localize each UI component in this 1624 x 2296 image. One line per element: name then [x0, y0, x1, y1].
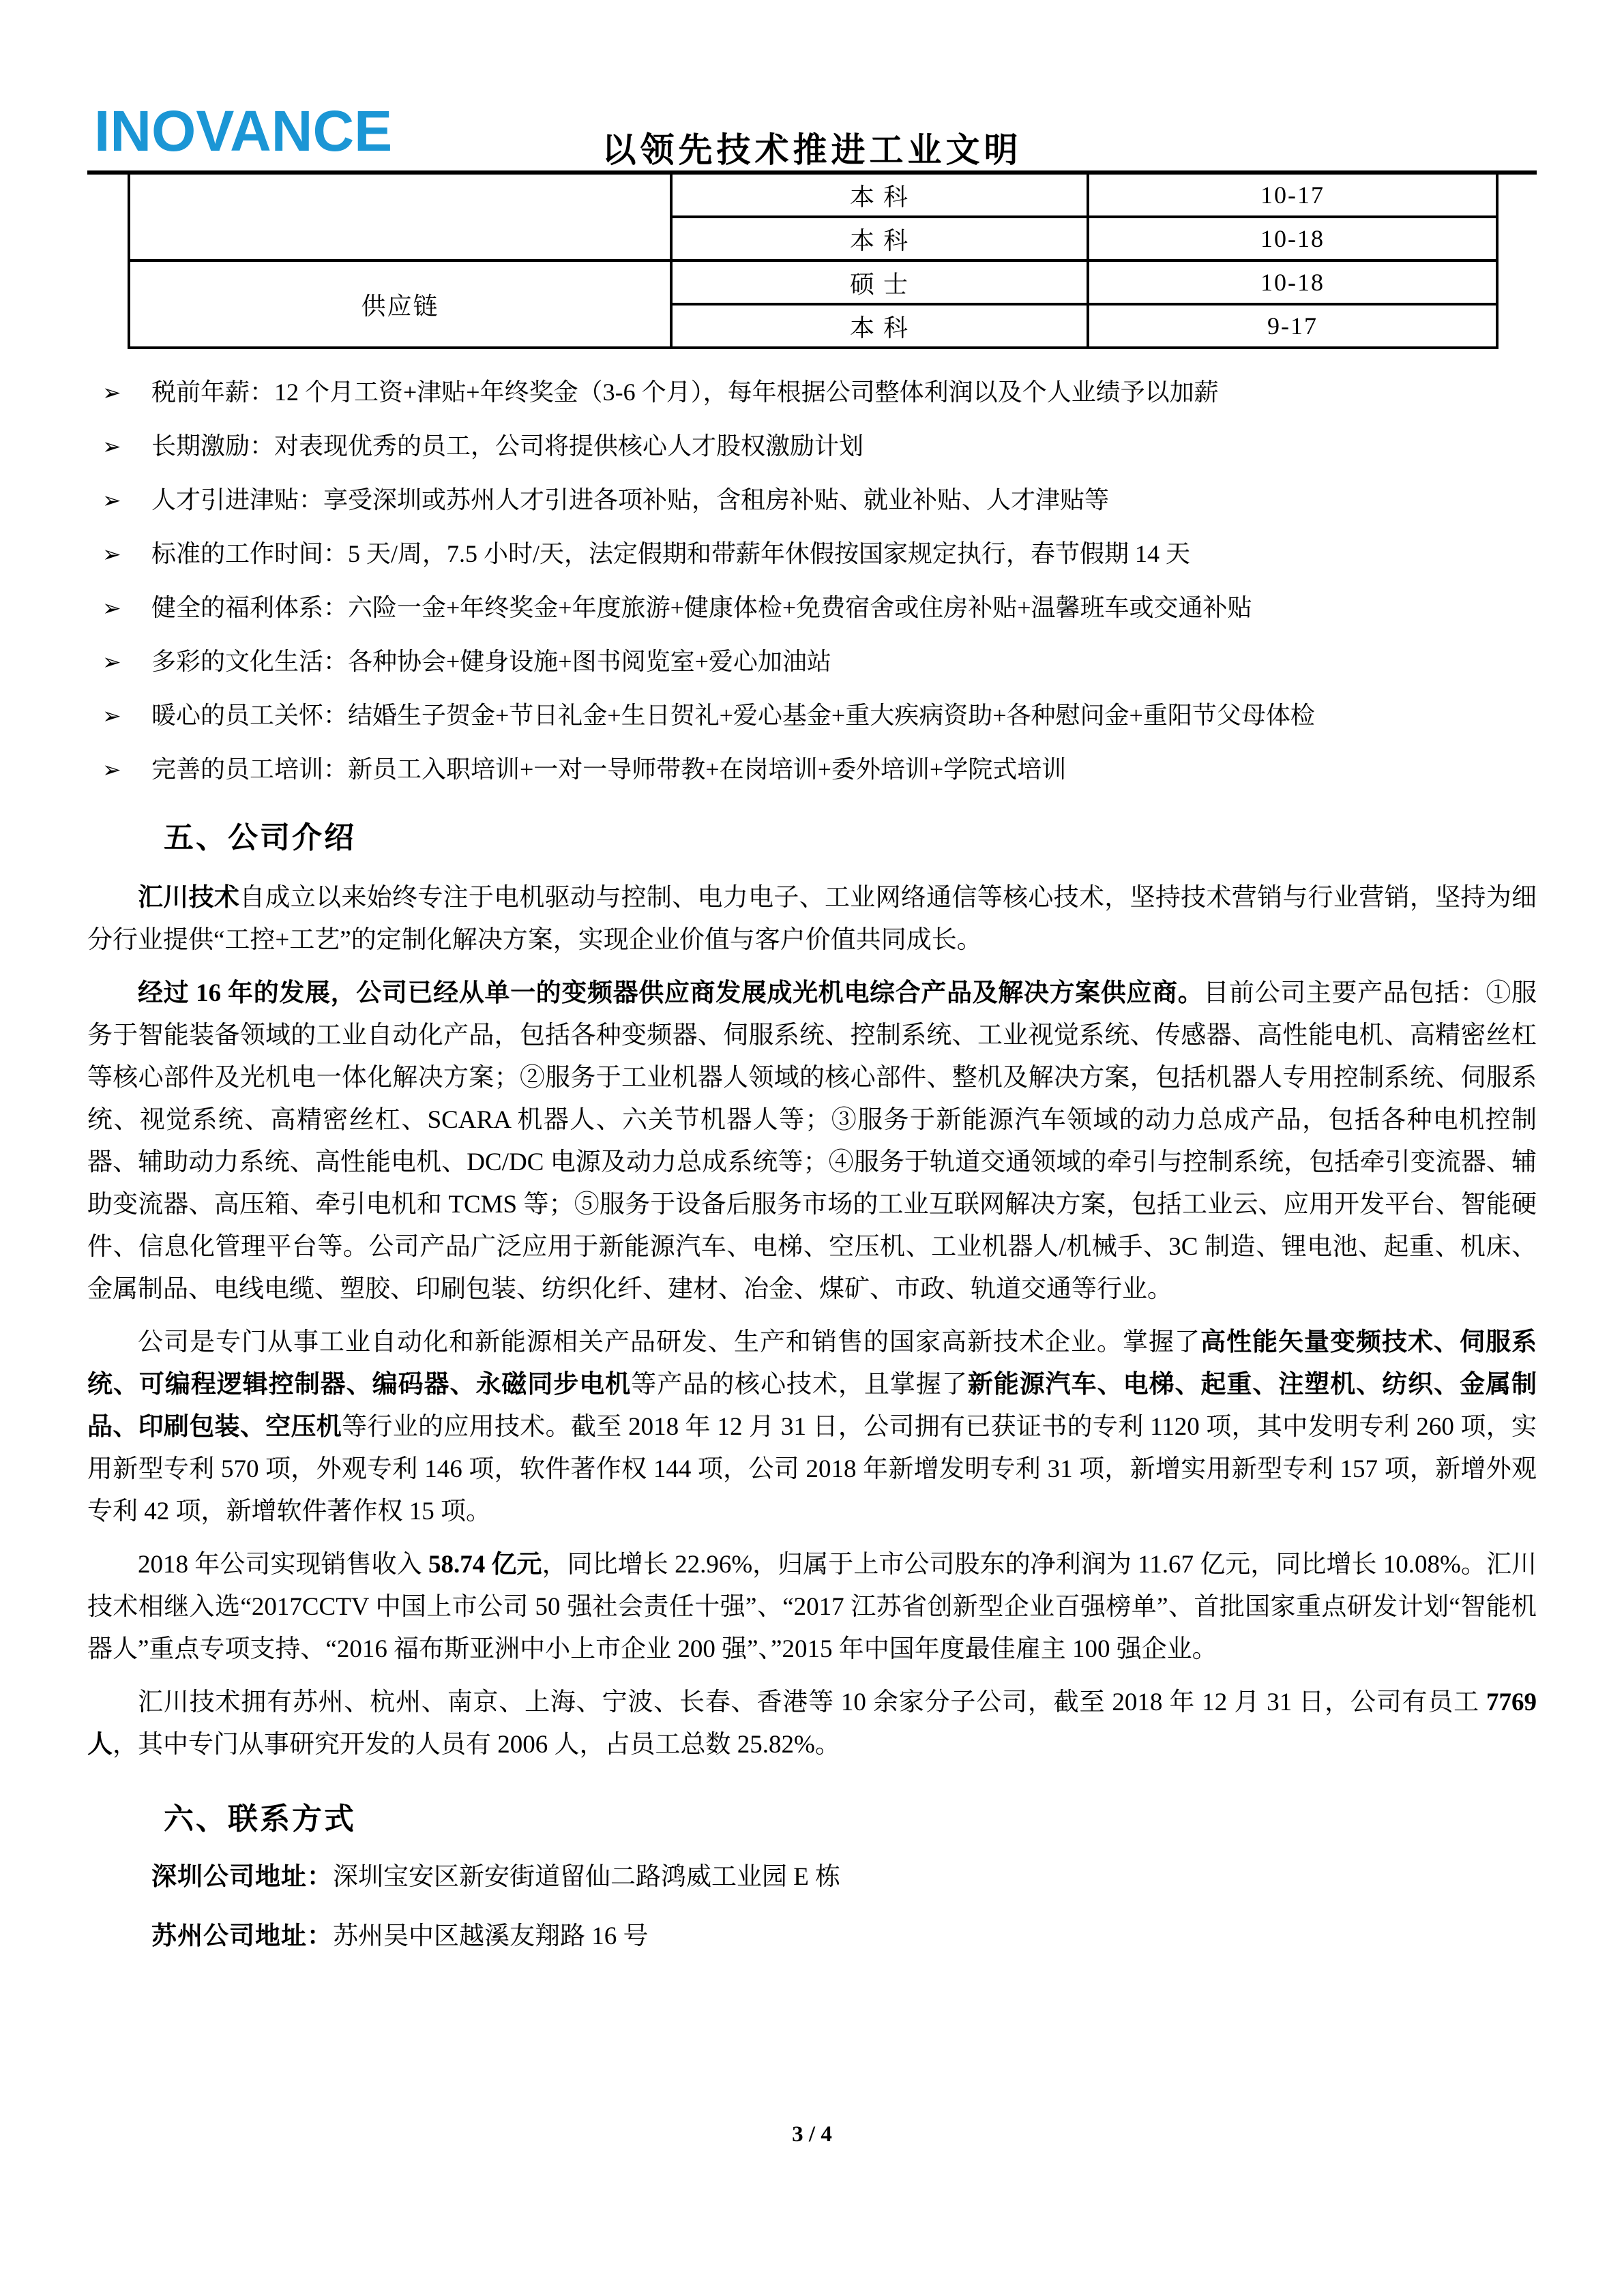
table-cell-salary-range: 10-17 [1088, 175, 1497, 217]
benefit-item: ➢人才引进津贴：享受深圳或苏州人才引进各项补贴，含租房补贴、就业补贴、人才津贴等 [87, 484, 1537, 516]
intro-paragraph: 汇川技术自成立以来始终专注于电机驱动与控制、电力电子、工业网络通信等核心技术，坚… [87, 877, 1537, 961]
table-row: 本 科 10-17 [129, 175, 1497, 217]
intro-paragraph: 公司是专门从事工业自动化和新能源相关产品研发、生产和销售的国家高新技术企业。掌握… [87, 1322, 1537, 1533]
bullet-arrow-icon: ➢ [102, 700, 121, 732]
recruitment-table: 本 科 10-17 本 科 10-18 供应链 硕 士 10-18 本 科 9-… [128, 175, 1498, 349]
section-heading-company-intro: 五、公司介绍 [164, 820, 1537, 856]
section-heading-contact: 六、联系方式 [164, 1802, 1537, 1838]
table-cell-education: 本 科 [671, 304, 1088, 348]
text-run: 等产品的核心技术，且掌握了 [631, 1371, 968, 1399]
document-page: INOVANCE 以领先技术推进工业文明 本 科 10-17 本 科 10-18… [0, 0, 1624, 2296]
bullet-arrow-icon: ➢ [102, 539, 121, 570]
benefit-item: ➢税前年薪：12 个月工资+津贴+年终奖金（3-6 个月），每年根据公司整体利润… [87, 376, 1537, 408]
contact-address-shenzhen: 深圳宝安区新安街道留仙二路鸿威工业园 E 栋 [333, 1863, 840, 1891]
benefit-text: 暖心的员工关怀：结婚生子贺金+节日礼金+生日贺礼+爱心基金+重大疾病资助+各种慰… [151, 702, 1315, 729]
table-row: 供应链 硕 士 10-18 [129, 260, 1497, 304]
table-cell-salary-range: 10-18 [1088, 260, 1497, 304]
benefit-item: ➢多彩的文化生活：各种协会+健身设施+图书阅览室+爱心加油站 [87, 646, 1537, 677]
page-header: INOVANCE 以领先技术推进工业文明 [87, 0, 1537, 175]
text-run: 公司是专门从事工业自动化和新能源相关产品研发、生产和销售的国家高新技术企业。掌握… [138, 1328, 1200, 1356]
table-cell-education: 硕 士 [671, 260, 1088, 304]
bullet-arrow-icon: ➢ [102, 646, 121, 678]
table-cell-salary-range: 10-18 [1088, 217, 1497, 260]
table-cell-category-supply-chain: 供应链 [129, 260, 671, 348]
text-run: 58.74 亿元 [428, 1551, 542, 1579]
bullet-arrow-icon: ➢ [102, 431, 121, 462]
company-intro-paragraphs: 汇川技术自成立以来始终专注于电机驱动与控制、电力电子、工业网络通信等核心技术，坚… [87, 877, 1537, 1766]
text-run: ，其中专门从事研究开发的人员有 2006 人，占员工总数 25.82%。 [113, 1731, 840, 1759]
bullet-arrow-icon: ➢ [102, 593, 121, 624]
benefit-text: 多彩的文化生活：各种协会+健身设施+图书阅览室+爱心加油站 [151, 648, 831, 675]
intro-paragraph: 汇川技术拥有苏州、杭州、南京、上海、宁波、长春、香港等 10 余家分子公司，截至… [87, 1682, 1537, 1766]
intro-paragraph: 2018 年公司实现销售收入 58.74 亿元，同比增长 22.96%，归属于上… [87, 1544, 1537, 1671]
benefit-text: 人才引进津贴：享受深圳或苏州人才引进各项补贴，含租房补贴、就业补贴、人才津贴等 [151, 486, 1109, 513]
page-number: 3 / 4 [0, 2122, 1624, 2147]
contact-address-suzhou: 苏州吴中区越溪友翔路 16 号 [333, 1922, 649, 1950]
text-run: 经过 16 年的发展，公司已经从单一的变频器供应商发展成光机电综合产品及解决方案… [138, 979, 1203, 1007]
text-run: 自成立以来始终专注于电机驱动与控制、电力电子、工业网络通信等核心技术，坚持技术营… [87, 884, 1537, 954]
benefits-list: ➢税前年薪：12 个月工资+津贴+年终奖金（3-6 个月），每年根据公司整体利润… [87, 376, 1537, 785]
text-run: 汇川技术 [138, 884, 239, 912]
table-cell-education: 本 科 [671, 217, 1088, 260]
contact-label-shenzhen: 深圳公司地址： [151, 1862, 333, 1890]
benefit-item: ➢标准的工作时间：5 天/周，7.5 小时/天，法定假期和带薪年休假按国家规定执… [87, 538, 1537, 569]
intro-paragraph: 经过 16 年的发展，公司已经从单一的变频器供应商发展成光机电综合产品及解决方案… [87, 972, 1537, 1311]
table-cell-category-empty [129, 175, 671, 260]
bullet-arrow-icon: ➢ [102, 485, 121, 516]
benefit-text: 税前年薪：12 个月工资+津贴+年终奖金（3-6 个月），每年根据公司整体利润以… [151, 378, 1219, 406]
benefit-text: 完善的员工培训：新员工入职培训+一对一导师带教+在岗培训+委外培训+学院式培训 [151, 756, 1066, 783]
benefit-item: ➢健全的福利体系：六险一金+年终奖金+年度旅游+健康体检+免费宿舍或住房补贴+温… [87, 592, 1537, 623]
inovance-logo: INOVANCE [94, 102, 392, 160]
text-run: 目前公司主要产品包括：①服务于智能装备领域的工业自动化产品，包括各种变频器、伺服… [87, 979, 1537, 1303]
table-cell-salary-range: 9-17 [1088, 304, 1497, 348]
contact-label-suzhou: 苏州公司地址： [151, 1922, 333, 1950]
header-slogan: 以领先技术推进工业文明 [602, 132, 1022, 169]
text-run: 汇川技术拥有苏州、杭州、南京、上海、宁波、长春、香港等 10 余家分子公司，截至… [138, 1688, 1486, 1716]
bullet-arrow-icon: ➢ [102, 377, 121, 408]
benefit-item: ➢暖心的员工关怀：结婚生子贺金+节日礼金+生日贺礼+爱心基金+重大疾病资助+各种… [87, 700, 1537, 731]
text-run: 2018 年公司实现销售收入 [138, 1551, 428, 1579]
benefit-text: 健全的福利体系：六险一金+年终奖金+年度旅游+健康体检+免费宿舍或住房补贴+温馨… [151, 594, 1252, 621]
contact-line-suzhou: 苏州公司地址：苏州吴中区越溪友翔路 16 号 [151, 1916, 1537, 1956]
benefit-item: ➢完善的员工培训：新员工入职培训+一对一导师带教+在岗培训+委外培训+学院式培训 [87, 754, 1537, 785]
benefit-text: 标准的工作时间：5 天/周，7.5 小时/天，法定假期和带薪年休假按国家规定执行… [151, 540, 1190, 567]
benefit-item: ➢长期激励：对表现优秀的员工，公司将提供核心人才股权激励计划 [87, 430, 1537, 462]
table-cell-education: 本 科 [671, 175, 1088, 217]
benefit-text: 长期激励：对表现优秀的员工，公司将提供核心人才股权激励计划 [151, 432, 863, 460]
bullet-arrow-icon: ➢ [102, 754, 121, 786]
contact-line-shenzhen: 深圳公司地址：深圳宝安区新安街道留仙二路鸿威工业园 E 栋 [151, 1857, 1537, 1897]
